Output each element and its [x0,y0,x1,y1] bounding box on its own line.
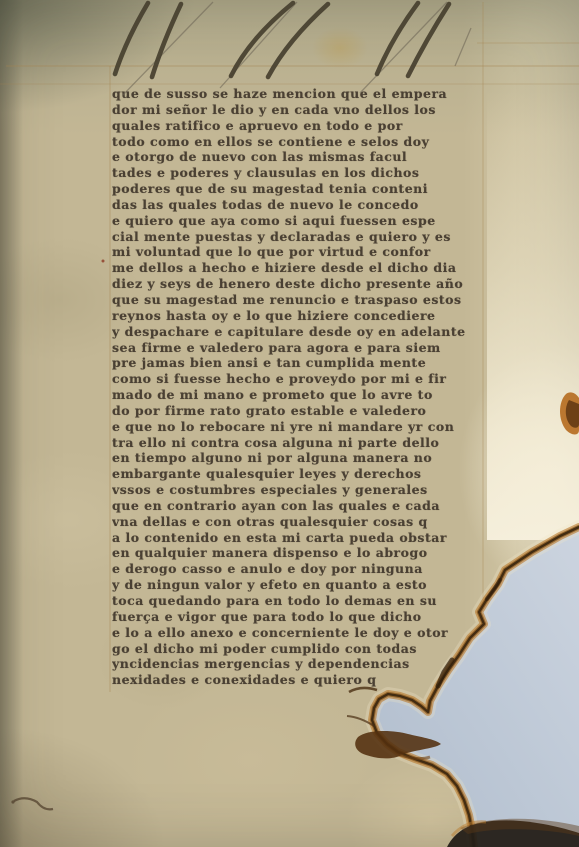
manuscript-text-line: diez y seys de henero deste dicho presen… [112,276,492,292]
manuscript-text-line: e derogo casso e anulo e doy por ninguna [112,561,492,577]
manuscript-text-line: como si fuesse hecho e proveydo por mi e… [112,371,492,387]
manuscript-text-line: embargante qualesquier leyes y derechos [112,466,492,482]
manuscript-text-line: yncidencias mergencias y dependencias [112,656,492,672]
thin-diagonal-lines [123,2,471,95]
manuscript-text-line: pre jamas bien ansi e tan cumplida mente [112,355,492,371]
manuscript-text-line: reynos hasta oy e lo que hiziere concedi… [112,308,492,324]
manuscript-text-line: toca quedando para en todo lo demas en s… [112,593,492,609]
manuscript-text-line: quales ratifico e apruevo en todo e por [112,118,492,134]
manuscript-text-line: que de susso se haze mencion que el empe… [112,86,492,102]
manuscript-text-line: y despachare e capitulare desde oy en ad… [112,324,492,340]
manuscript-text-line: do por firme rato grato estable e valede… [112,403,492,419]
manuscript-text-line: e quiero que aya como si aqui fuessen es… [112,213,492,229]
manuscript-text-line: me dellos a hecho e hiziere desde el dic… [112,260,492,276]
manuscript-text-line: mi voluntad que lo que por virtud e conf… [112,244,492,260]
manuscript-text-line: vssos e costumbres especiales y generale… [112,482,492,498]
manuscript-text-line: e que no lo rebocare ni yre ni mandare y… [112,419,492,435]
bottom-scorch-band [447,819,579,847]
manuscript-text-line: a lo contenido en esta mi carta pueda ob… [112,530,492,546]
manuscript-text-line: sea firme e valedero para agora e para s… [112,340,492,356]
manuscript-text-line: mado de mi mano e prometo que lo avre to [112,387,492,403]
manuscript-text-line: en qualquier manera dispenso e lo abrogo [112,545,492,561]
manuscript-text-line: dor mi señor le dio y en cada vno dellos… [112,102,492,118]
manuscript-text-line: que su magestad me renuncio e traspaso e… [112,292,492,308]
manuscript-photo: que de susso se haze mencion que el empe… [0,0,579,847]
manuscript-text-line: que en contrario ayan con las quales e c… [112,498,492,514]
manuscript-text-line: e lo a ello anexo e concerniente le doy … [112,625,492,641]
manuscript-text-line: todo como en ellos se contiene e selos d… [112,134,492,150]
manuscript-text-block: que de susso se haze mencion que el empe… [112,86,492,688]
manuscript-text-line: tades e poderes y clausulas en los dicho… [112,165,492,181]
manuscript-text-line: y de ningun valor y efeto en quanto a es… [112,577,492,593]
stray-mark [11,260,104,810]
manuscript-text-line: e otorgo de nuevo con las mismas facul [112,149,492,165]
manuscript-text-line: nexidades e conexidades e quiero q [112,672,492,688]
manuscript-text-line: go el dicho mi poder cumplido con todas [112,641,492,657]
manuscript-text-line: tra ello ni contra cosa alguna ni parte … [112,435,492,451]
ink-stain [347,688,441,759]
manuscript-text-line: fuerça e vigor que para todo lo que dich… [112,609,492,625]
manuscript-text-line: cial mente puestas y declaradas e quiero… [112,229,492,245]
manuscript-text-line: vna dellas e con otras qualesquier cosas… [112,514,492,530]
manuscript-text-line: poderes que de su magestad tenia conteni [112,181,492,197]
parchment-sheen [487,90,579,540]
cancellation-slashes [115,3,449,77]
manuscript-text-line: en tiempo alguno ni por alguna manera no [112,450,492,466]
manuscript-text-line: das las quales todas de nuevo le concedo [112,197,492,213]
